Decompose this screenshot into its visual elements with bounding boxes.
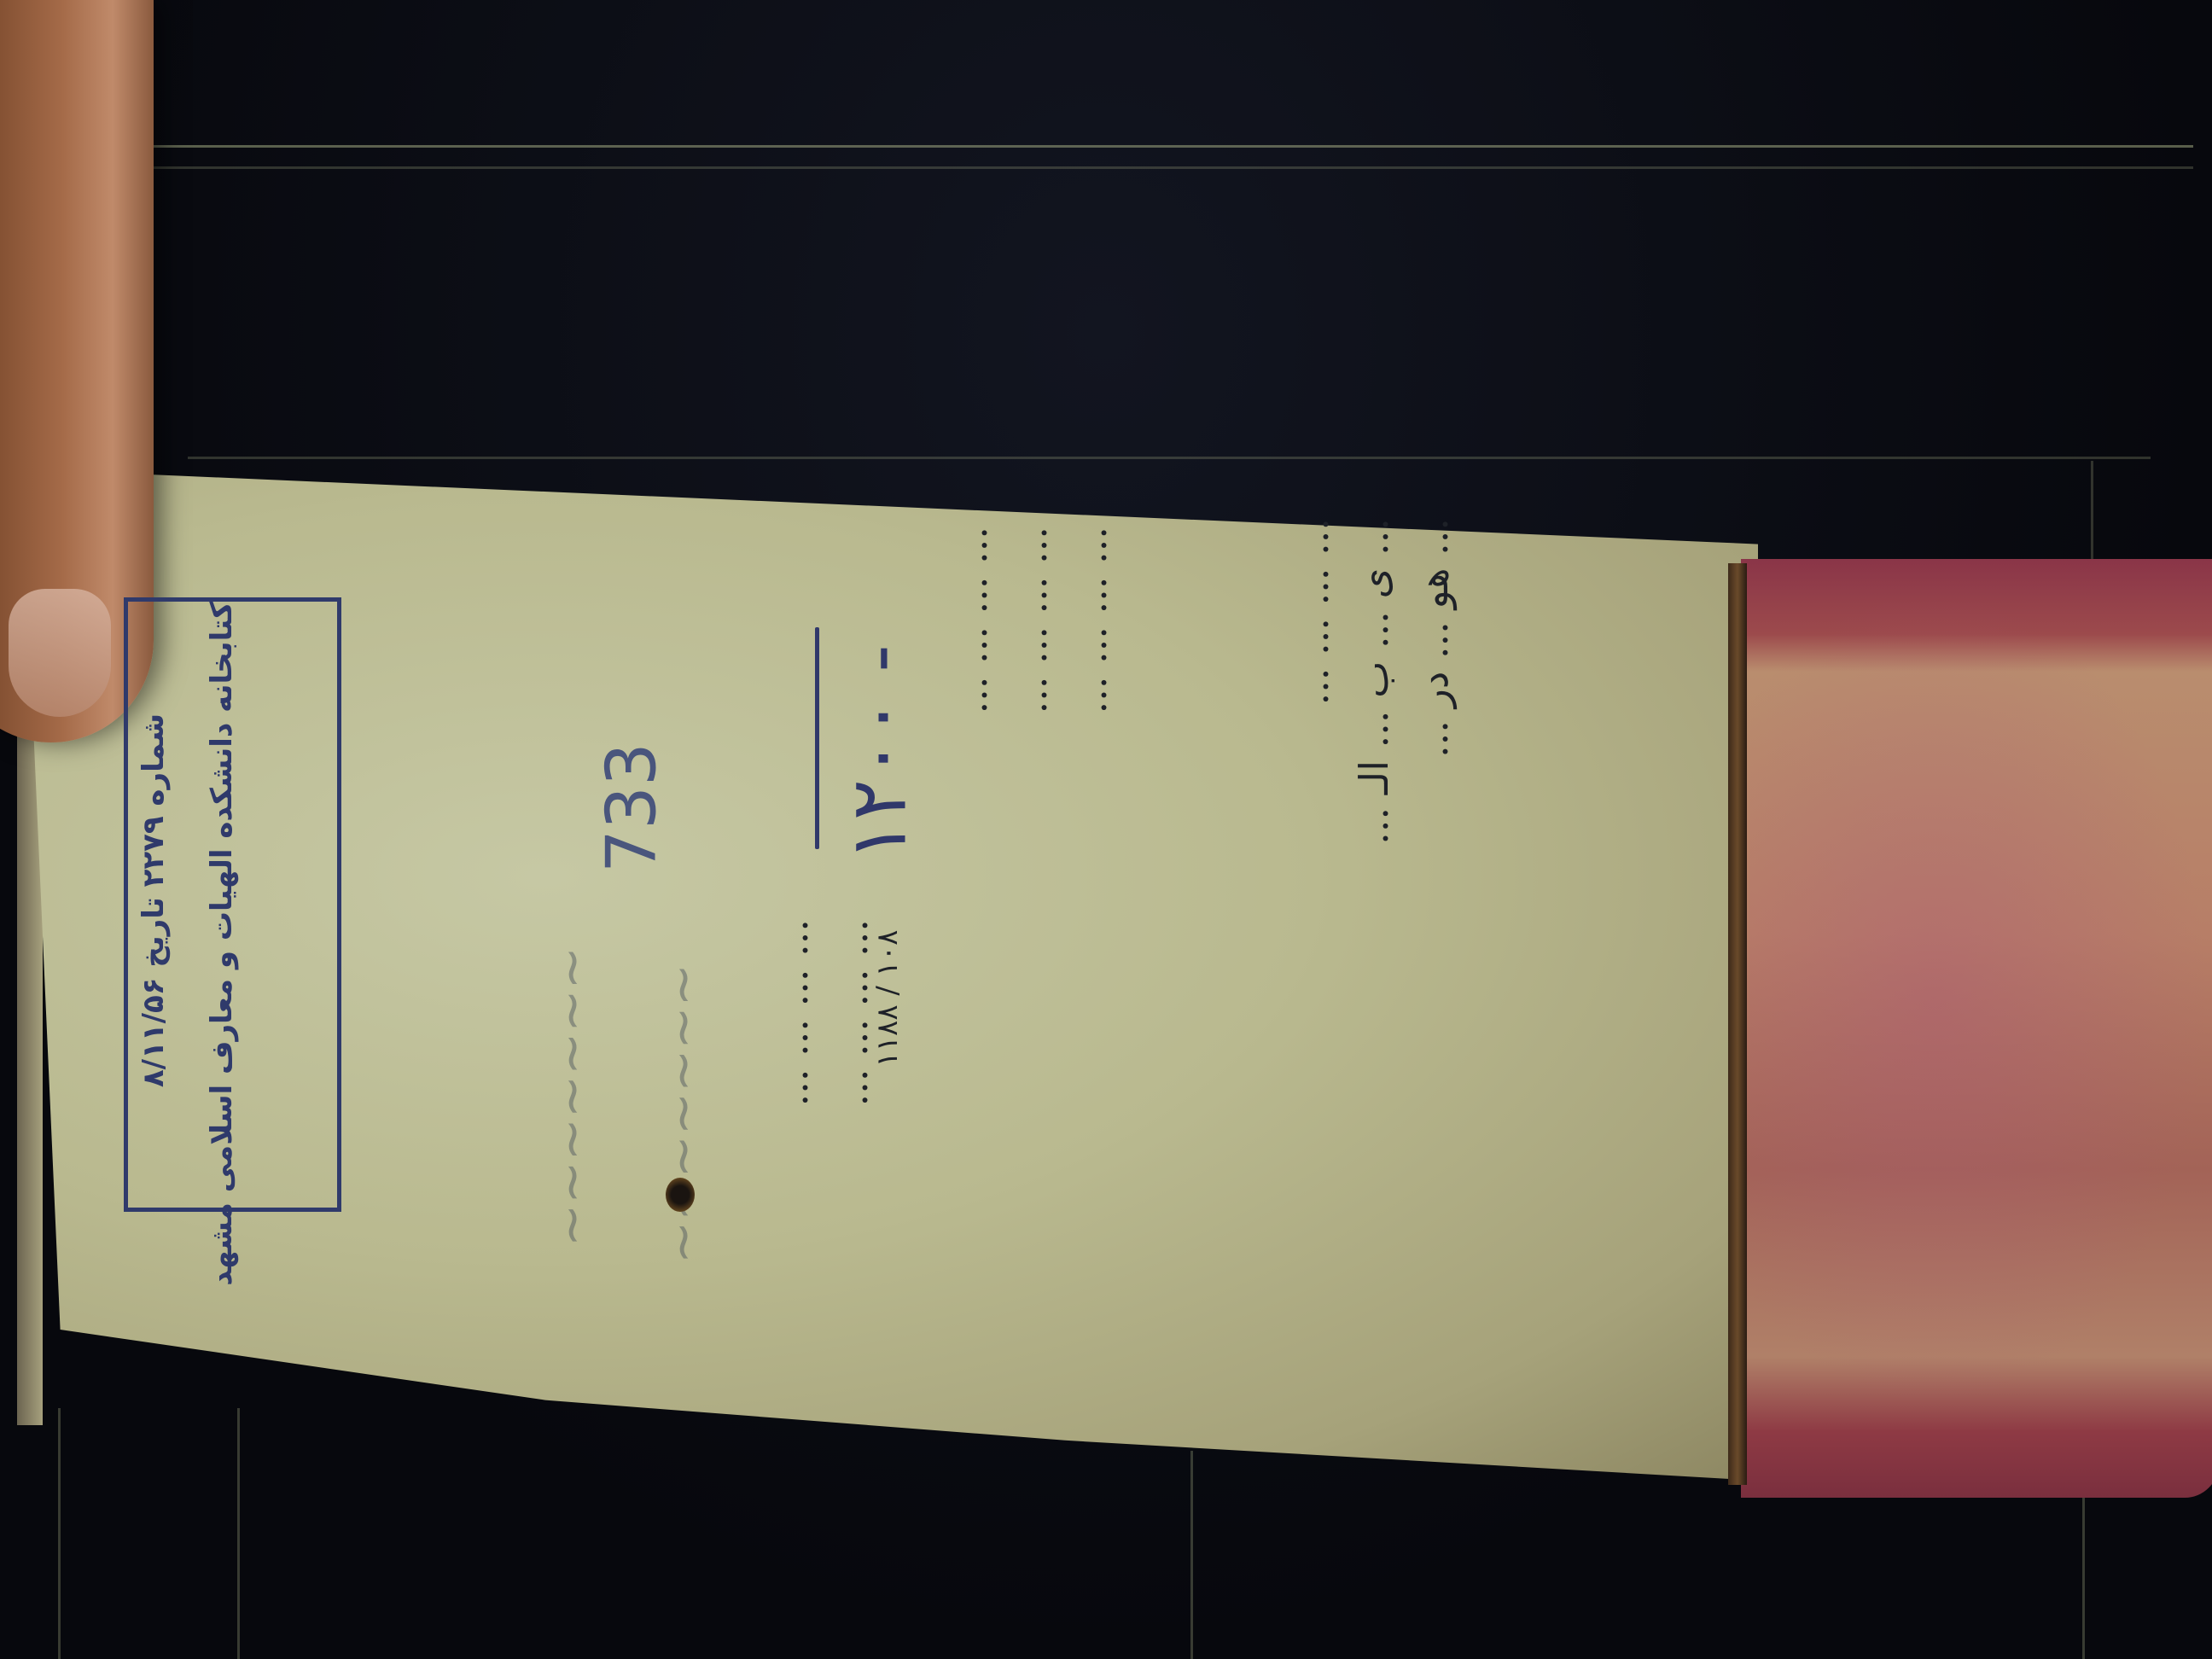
pen-number: ۱۲۰۰ - [835, 617, 924, 890]
inscription-line: ... هو ... در ... [1411, 518, 1457, 1371]
cloth-fold-line [237, 1408, 240, 1659]
inscription-line: ... ... ... ... [950, 527, 996, 1056]
book-gutter [1728, 563, 1747, 1485]
ink-stain [666, 1178, 695, 1212]
inscription-line: ... ... ... ... [1010, 527, 1056, 1056]
cloth-fold-line [1190, 1451, 1193, 1659]
inscription-line: ... ... ... ... [1069, 527, 1115, 1056]
inscription-line: ... ... ... ... [1291, 518, 1337, 1371]
faint-pencil-note: ~~~~~~~ [653, 892, 713, 1336]
cloth-fold-line [60, 166, 2193, 169]
cloth-fold-line [60, 145, 2193, 148]
cloth-fold-line [58, 1408, 61, 1659]
cloth-fold-line [2082, 1493, 2085, 1659]
inscription-line: ... ... ... ... [771, 919, 817, 1397]
inscription-line: ... ی ... ب ... الـ ... [1351, 518, 1397, 1371]
stamp-library-name: کتابخانه دانشکده الهیات و معارف اسلامی م… [205, 602, 239, 1199]
library-stamp: کتابخانه دانشکده الهیات و معارف اسلامی م… [124, 597, 341, 1212]
stamp-number-date: شماره ۲۲۷۹ تاریخ ۸/۱۱/۵۶ [137, 602, 171, 1199]
pen-underline [815, 627, 819, 849]
cloth-fold-line [188, 457, 2151, 459]
fingernail [9, 589, 111, 717]
cloth-fold-line [2091, 461, 2093, 563]
inscription-line: ... ... ... ... [830, 919, 876, 1397]
pencil-shelfmark: 733 [592, 706, 672, 911]
faint-pencil-note: ~~~~~~~ [542, 883, 602, 1310]
binding-stain [1749, 589, 2210, 1408]
